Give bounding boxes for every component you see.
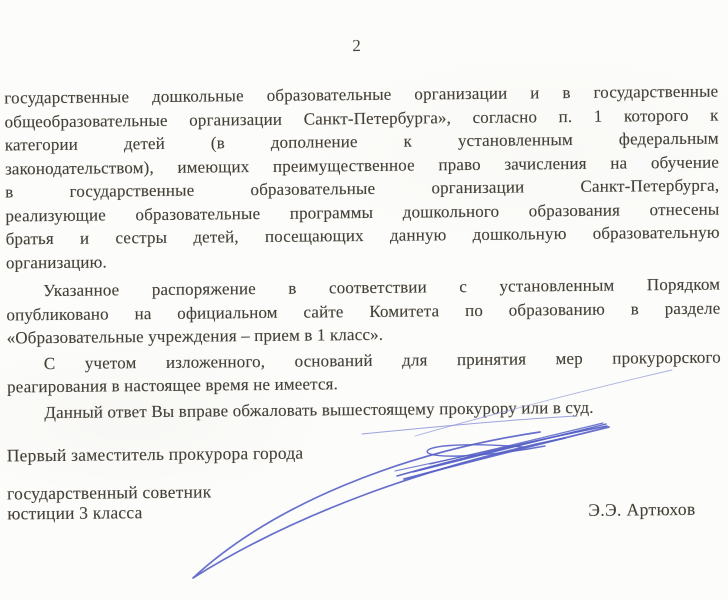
body-line: Данный ответ Вы вправе обжаловать вышест… <box>7 394 721 424</box>
scan-tilt-layer: 2 государственные дошкольные образовател… <box>0 0 728 600</box>
signer-rank-line2: юстиции 3 класса <box>7 502 211 523</box>
paragraph: С учетом изложенного, оснований для прин… <box>7 345 721 399</box>
signer-rank-line1: государственный советник <box>7 482 211 503</box>
signer-rank: государственный советник юстиции 3 класс… <box>7 482 212 523</box>
paragraph: Данный ответ Вы вправе обжаловать вышест… <box>7 394 721 424</box>
scanned-letter-page: 2 государственные дошкольные образовател… <box>0 0 728 600</box>
paragraph: государственные дошкольные образовательн… <box>4 80 720 275</box>
letter-body: государственные дошкольные образовательн… <box>4 80 721 425</box>
signer-name: Э.Э. Артюхов <box>588 499 696 521</box>
signer-position-title: Первый заместитель прокурора города <box>7 443 304 467</box>
page-number: 2 <box>0 33 716 60</box>
paragraph: Указанное распоряжение в соответствии с … <box>6 273 721 350</box>
